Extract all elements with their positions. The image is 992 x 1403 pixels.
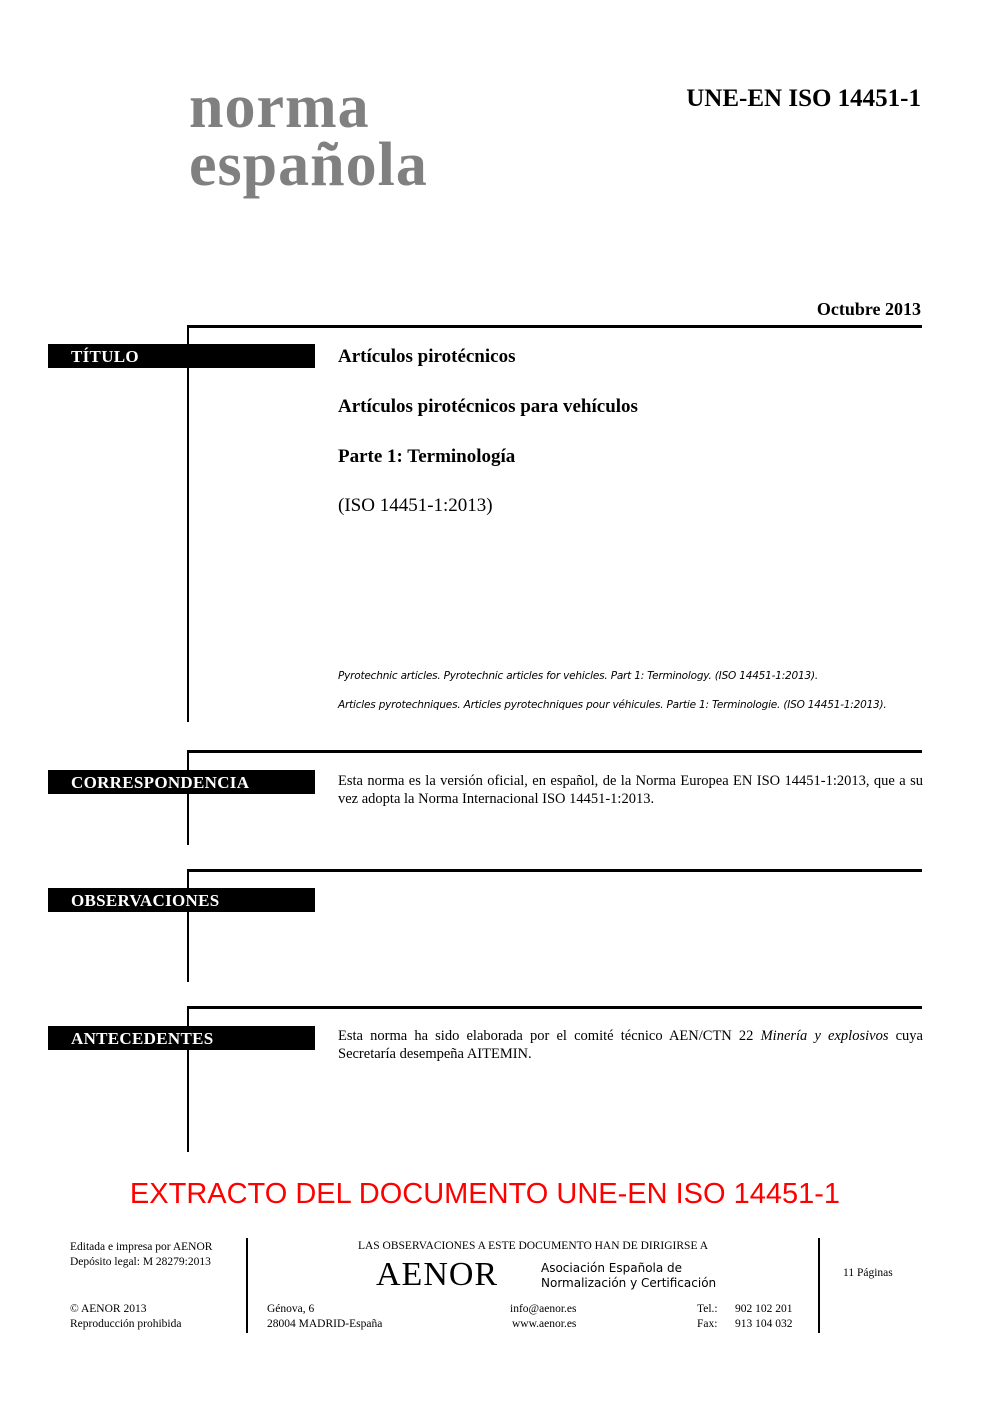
footer-web-link[interactable]: www.aenor.es [510, 1317, 576, 1332]
footer-reproduction: Reproducción prohibida [70, 1317, 181, 1332]
section-vline-correspondencia [187, 750, 189, 845]
section-divider-antecedentes [187, 1006, 922, 1009]
footer-phone-fax: Tel.:902 102 201 Fax:913 104 032 [697, 1302, 793, 1332]
title-line-3: Parte 1: Terminología [338, 446, 515, 468]
antecedentes-text-start: Esta norma ha sido elaborada por el comi… [338, 1028, 761, 1044]
footer-page-count: 11 Páginas [843, 1266, 893, 1281]
aenor-org-name: Asociación Española de Normalización y C… [541, 1261, 716, 1291]
footer-email-link[interactable]: info@aenor.es [510, 1302, 576, 1317]
brand-line-1: norma [189, 78, 428, 136]
antecedentes-text: Esta norma ha sido elaborada por el comi… [338, 1027, 923, 1063]
section-vline-observaciones [187, 869, 189, 982]
footer-tel-label: Tel.: [697, 1302, 735, 1317]
footer-copyright-info: © AENOR 2013 Reproducción prohibida [70, 1302, 181, 1332]
brand-line-2: española [189, 136, 428, 194]
footer-deposit: Depósito legal: M 28279:2013 [70, 1255, 212, 1270]
correspondencia-text: Esta norma es la versión oficial, en esp… [338, 772, 923, 808]
section-label-titulo: TÍTULO [48, 344, 315, 368]
section-label-observaciones: OBSERVACIONES [48, 888, 315, 912]
footer-tel: 902 102 201 [735, 1303, 793, 1315]
aenor-logo: AENOR [376, 1257, 498, 1293]
section-label-correspondencia: CORRESPONDENCIA [48, 770, 315, 794]
title-translation-en: Pyrotechnic articles. Pyrotechnic articl… [338, 669, 818, 683]
footer-address: Génova, 6 28004 MADRID-España [267, 1302, 382, 1332]
aenor-org-name-line-2: Normalización y Certificación [541, 1276, 716, 1291]
aenor-org-name-line-1: Asociación Española de [541, 1261, 716, 1276]
title-line-1: Artículos pirotécnicos [338, 346, 516, 368]
extract-watermark: EXTRACTO DEL DOCUMENTO UNE-EN ISO 14451-… [0, 1177, 970, 1211]
footer-contact-online: info@aenor.es www.aenor.es [510, 1302, 576, 1332]
section-divider-correspondencia [187, 750, 922, 753]
section-divider-titulo [187, 325, 922, 328]
antecedentes-committee-name: Minería y explosivos [761, 1028, 889, 1044]
footer-edited: Editada e impresa por AENOR [70, 1240, 212, 1255]
title-line-2: Artículos pirotécnicos para vehículos [338, 396, 638, 418]
footer-address-line-1: Génova, 6 [267, 1302, 382, 1317]
standard-code: UNE-EN ISO 14451-1 [686, 84, 921, 114]
footer-fax: 913 104 032 [735, 1318, 793, 1330]
footer-observations-note: LAS OBSERVACIONES A ESTE DOCUMENTO HAN D… [247, 1239, 819, 1254]
footer-edition-info: Editada e impresa por AENOR Depósito leg… [70, 1240, 212, 1270]
title-iso-reference: (ISO 14451-1:2013) [338, 495, 493, 517]
section-vline-titulo [187, 325, 189, 722]
footer-copyright: © AENOR 2013 [70, 1302, 181, 1317]
section-divider-observaciones [187, 869, 922, 872]
brand-title: norma española [189, 78, 428, 194]
section-label-antecedentes: ANTECEDENTES [48, 1026, 315, 1050]
footer-address-line-2: 28004 MADRID-España [267, 1317, 382, 1332]
title-translation-fr: Articles pyrotechniques. Articles pyrote… [338, 698, 887, 712]
footer-fax-label: Fax: [697, 1317, 735, 1332]
footer-divider-right [818, 1238, 820, 1333]
publication-date: Octubre 2013 [817, 298, 921, 320]
